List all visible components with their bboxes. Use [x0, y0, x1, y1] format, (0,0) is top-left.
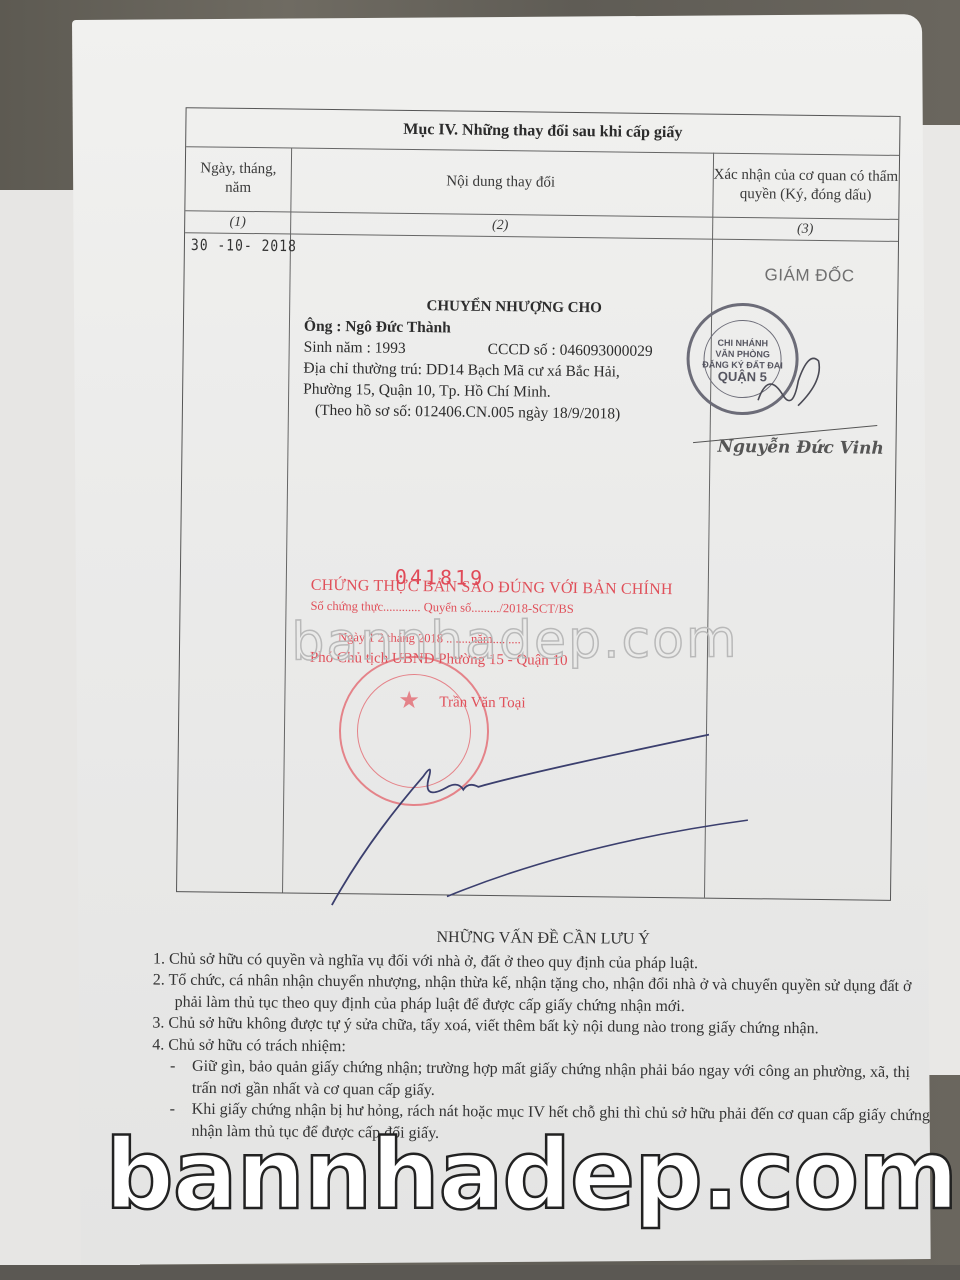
approver-name: Nguyễn Đức Vinh: [717, 437, 884, 459]
entry-content: CHUYỂN NHƯỢNG CHO Ông : Ngô Đức Thành Si…: [303, 295, 705, 426]
file-reference: (Theo hồ sơ số: 012406.CN.005 ngày 18/9/…: [303, 400, 703, 426]
certification-serial: 041819: [395, 567, 485, 589]
notes-section: NHỮNG VẤN ĐỀ CẦN LƯU Ý 1. Chủ sở hữu có …: [151, 924, 933, 1148]
birth-year: Sinh năm : 1993: [304, 339, 406, 357]
approver-signature-icon: [738, 340, 829, 421]
certificate-page: Mục IV. Những thay đổi sau khi cấp giấy …: [72, 14, 931, 1265]
approver-title: GIÁM ĐỐC: [764, 265, 854, 286]
header-content: Nội dung thay đổi: [290, 148, 711, 217]
note-subitem: -Giữ gìn, bảo quản giấy chứng nhận; trườ…: [152, 1055, 932, 1105]
header-confirmation: Xác nhận của cơ quan có thẩm quyền (Ký, …: [712, 153, 899, 219]
watermark-large: bannhadep.com: [105, 1120, 957, 1230]
id-number: CCCD số : 046093000029: [488, 341, 653, 360]
section-title: Mục IV. Những thay đổi sau khi cấp giấy: [403, 121, 682, 142]
index-3: (3): [712, 217, 898, 241]
entry-date: 30 -10- 2018: [191, 237, 297, 256]
header-date: Ngày, tháng, năm: [185, 146, 291, 211]
table-header-row: Ngày, tháng, năm Nội dung thay đổi Xác n…: [185, 146, 899, 220]
note-subitem-text: Giữ gìn, bảo quản giấy chứng nhận; trườn…: [192, 1058, 910, 1099]
column-divider: [282, 148, 292, 893]
index-1: (1): [185, 210, 290, 233]
official-signature-icon: [327, 690, 750, 915]
watermark-outline: bannhadep.com: [291, 609, 739, 672]
index-2: (2): [290, 211, 710, 238]
changes-table: Mục IV. Những thay đổi sau khi cấp giấy …: [176, 107, 901, 901]
desk-surface: [0, 1265, 960, 1280]
note-item: 2. Tổ chức, cá nhân nhận chuyển nhượng, …: [153, 969, 933, 1019]
